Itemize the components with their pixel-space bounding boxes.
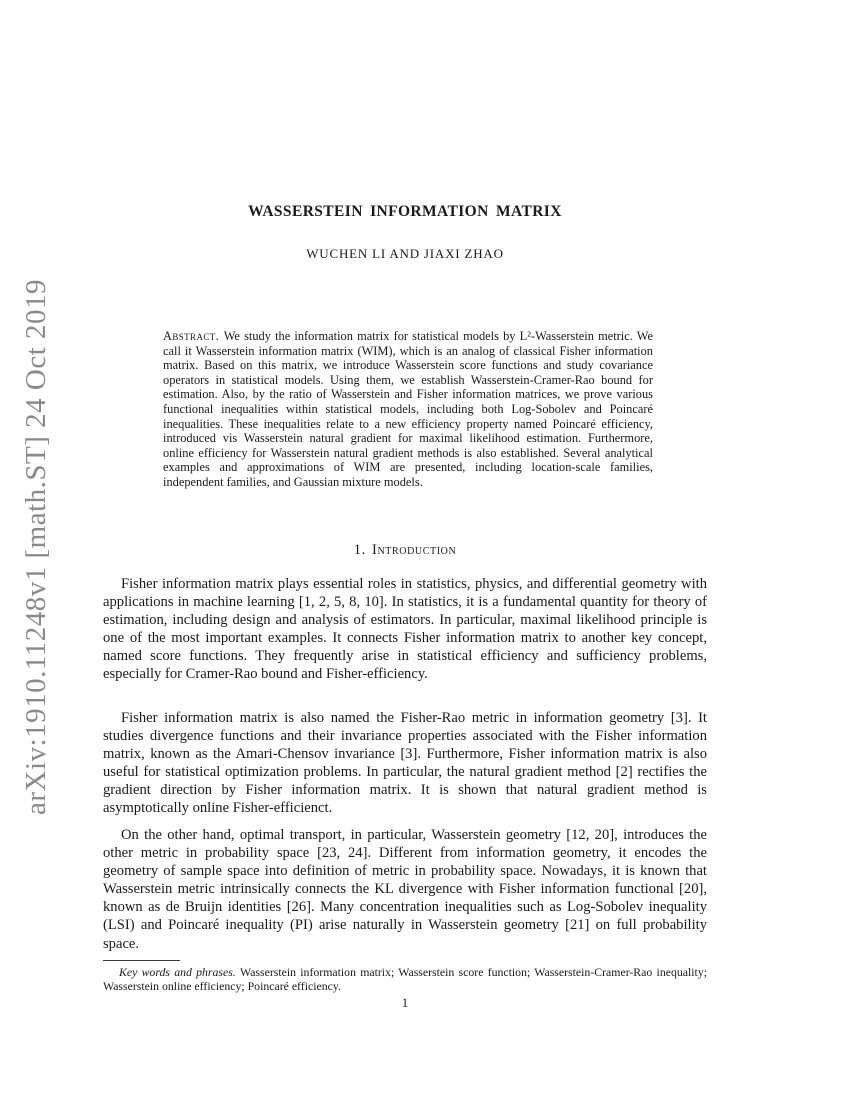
page-number: 1 [103,996,707,1011]
paper-page-content: WASSERSTEIN INFORMATION MATRIX WUCHEN LI… [103,0,707,1100]
paragraph-1: Fisher information matrix plays essentia… [103,575,707,684]
paragraph-3: On the other hand, optimal transport, in… [103,826,707,953]
abstract-text: We study the information matrix for stat… [163,329,653,489]
keywords-label: Key words and phrases. [119,965,240,979]
paragraph-2: Fisher information matrix is also named … [103,709,707,818]
paper-title: WASSERSTEIN INFORMATION MATRIX [103,203,707,221]
keywords-footnote: Key words and phrases. Wasserstein infor… [103,966,707,994]
paper-authors: WUCHEN LI AND JIAXI ZHAO [103,246,707,262]
abstract-block: Abstract. We study the information matri… [163,329,653,490]
footnote-rule [103,960,180,961]
section-heading-introduction: 1. Introduction [103,542,707,559]
abstract-label: Abstract. [163,329,224,343]
arxiv-watermark: arXiv:1910.11248v1 [math.ST] 24 Oct 2019 [20,279,53,815]
